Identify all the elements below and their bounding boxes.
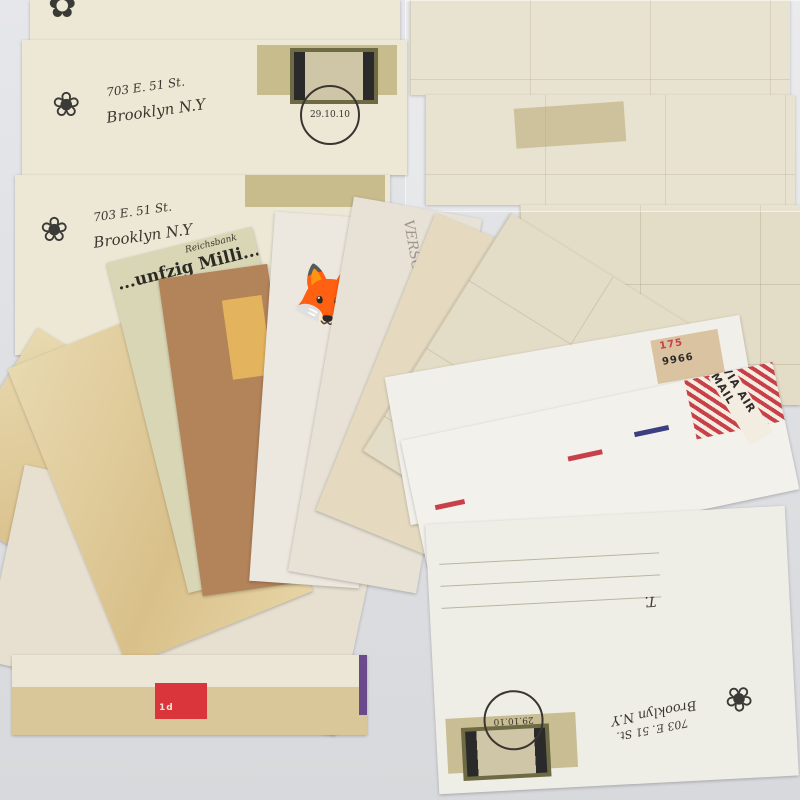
- flower-illustration-icon: ❀: [40, 210, 69, 250]
- cream-envelope-top: ✿: [30, 0, 400, 40]
- airmail-red-dash: [568, 449, 603, 461]
- bottom-left-envelope: 1d: [12, 655, 367, 735]
- address-line-2: Brooklyn N.Y: [105, 95, 206, 127]
- airmail-blue-dash: [634, 425, 669, 437]
- airmail-red-dash: [435, 499, 465, 510]
- address-line-1: 703 E. 51 St.: [92, 200, 172, 225]
- flower-illustration-icon: ❀: [724, 678, 755, 719]
- address-line-rule: [442, 596, 662, 609]
- stamp-number: 9966: [661, 352, 694, 368]
- plastic-sleeve: [405, 0, 800, 212]
- red-stamp-value: 1d: [159, 703, 174, 713]
- to-marker: T.: [644, 593, 657, 610]
- stamp-value: 175: [659, 337, 684, 352]
- purple-card-edge: [359, 655, 367, 715]
- red-stamp-icon: 1d: [155, 683, 207, 719]
- cream-envelope-second: ❀ 703 E. 51 St. Brooklyn N.Y 29.10.10: [22, 40, 407, 175]
- front-envelope: T. 29.10.10 Brooklyn N.Y 703 E. 51 St. ❀: [425, 506, 799, 794]
- address-line-rule: [439, 552, 659, 565]
- flower-illustration-icon: ✿: [48, 0, 77, 26]
- photo-scene: ✿ ❀ 703 E. 51 St. Brooklyn N.Y 29.10.10 …: [0, 0, 800, 800]
- address-line-1: 703 E. 51 St.: [105, 75, 185, 100]
- flower-illustration-icon: ❀: [52, 85, 81, 125]
- postmark-icon: 29.10.10: [300, 85, 360, 145]
- address-line-rule: [440, 574, 660, 587]
